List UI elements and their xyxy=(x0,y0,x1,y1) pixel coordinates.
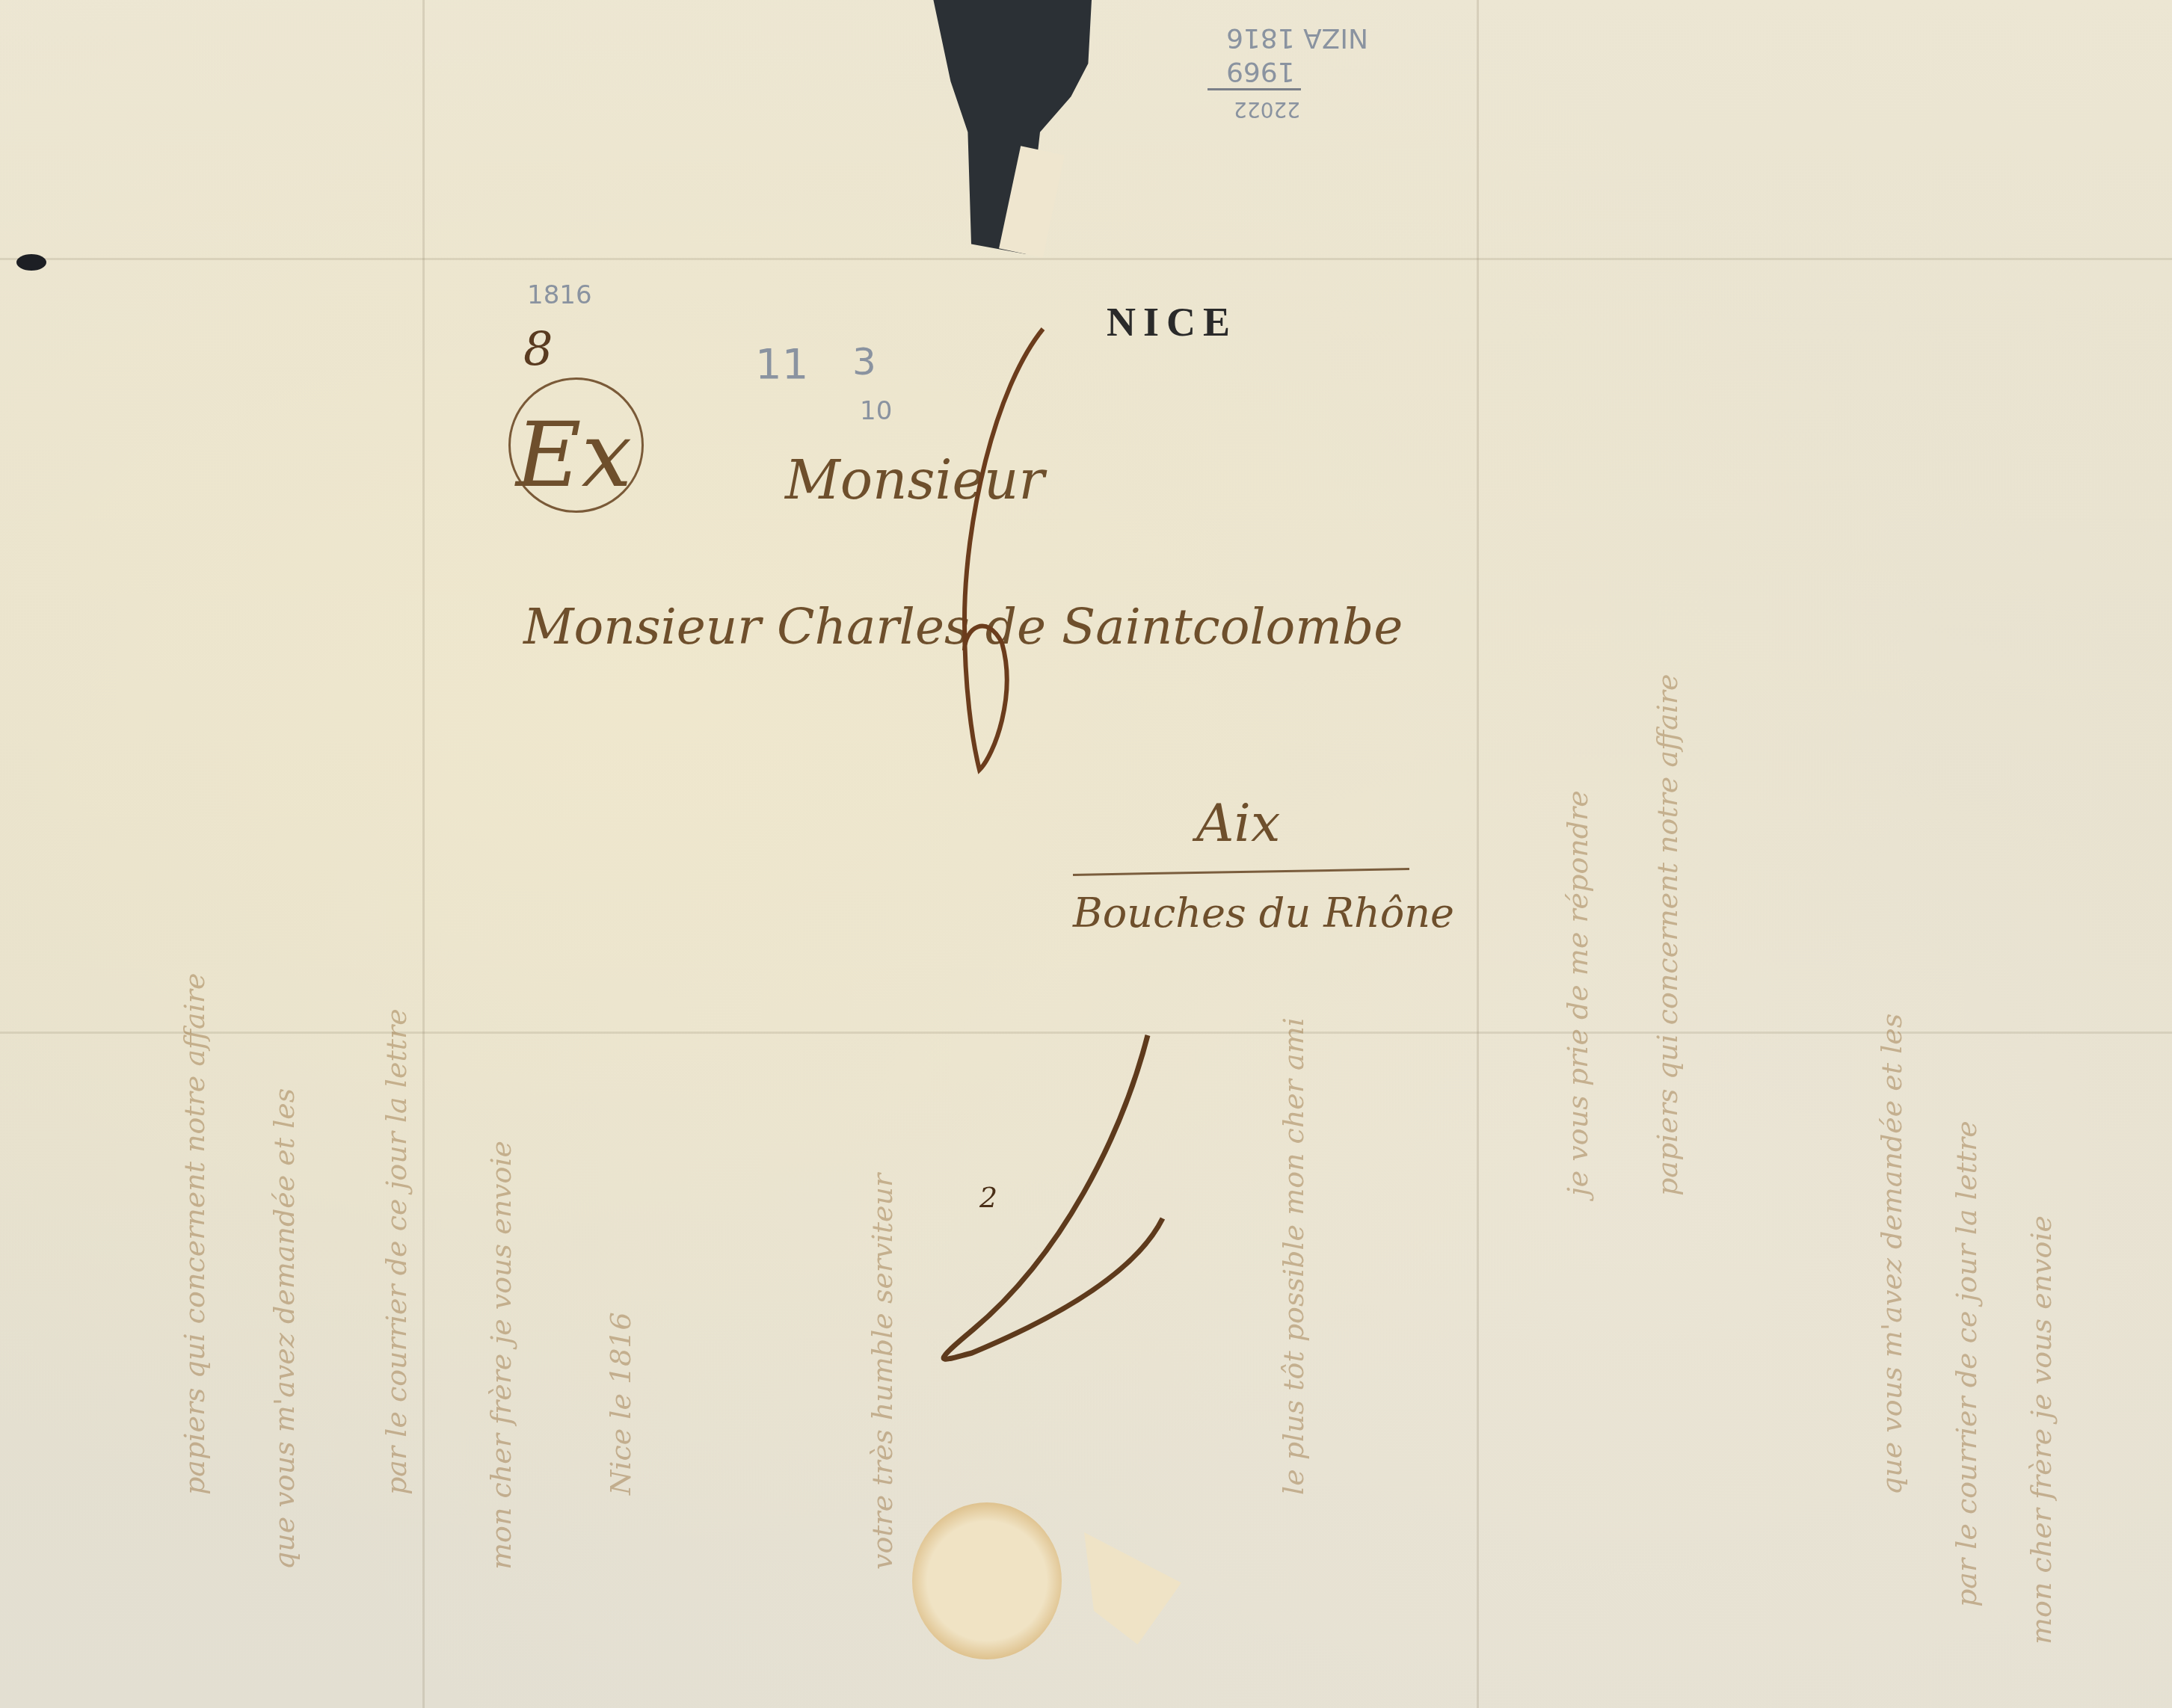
small-mark: 2 xyxy=(979,1181,997,1214)
rate-two-stroke xyxy=(944,1035,1163,1359)
rate-six-stroke xyxy=(965,329,1043,770)
wax-seal-remnant xyxy=(912,1502,1062,1659)
rate-marks xyxy=(0,0,2172,1708)
